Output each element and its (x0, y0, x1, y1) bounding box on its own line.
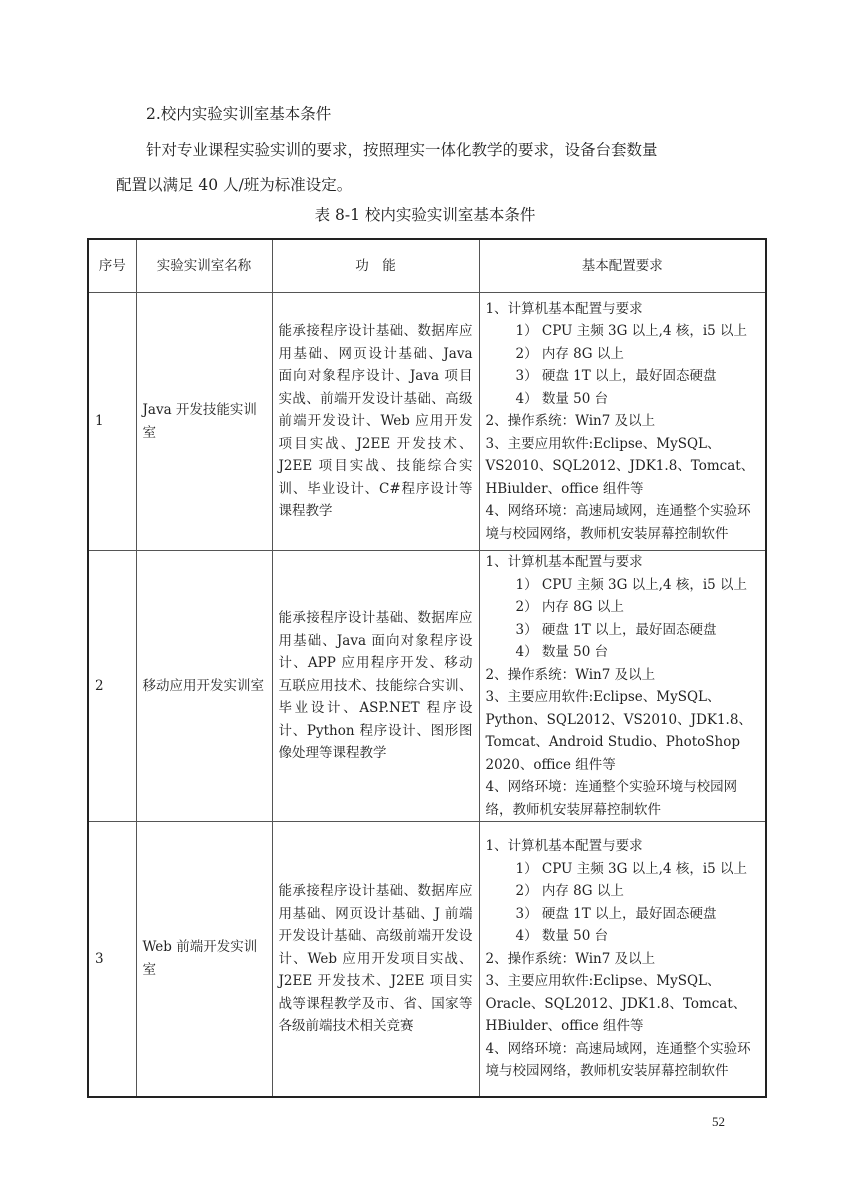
row-number: 3 (88, 822, 136, 1097)
row-number: 2 (88, 551, 136, 822)
lab-requirements: 1、计算机基本配置与要求 1） CPU 主频 3G 以上,4 核，i5 以上 2… (479, 822, 766, 1097)
req-hardware: 1、计算机基本配置与要求 (486, 835, 760, 858)
lab-name: 移动应用开发实训室 (136, 551, 272, 822)
req-network: 4、网络环境：高速局域网，连通整个实验环境与校园网络，教师机安装屏幕控制软件 (486, 500, 760, 545)
table-row: 3 Web 前端开发实训室 能承接程序设计基础、数据库应用基础、网页设计基础、J… (88, 822, 766, 1097)
req-disk: 3） 硬盘 1T 以上，最好固态硬盘 (486, 903, 760, 926)
table-row: 1 Java 开发技能实训室 能承接程序设计基础、数据库应用基础、网页设计基础、… (88, 293, 766, 551)
table-header-row: 序号 实验实训室名称 功 能 基本配置要求 (88, 239, 766, 293)
header-lab-name: 实验实训室名称 (136, 239, 272, 293)
lab-requirements: 1、计算机基本配置与要求 1） CPU 主频 3G 以上,4 核，i5 以上 2… (479, 293, 766, 551)
req-software: 3、主要应用软件:Eclipse、MySQL、Oracle、SQL2012、JD… (486, 970, 760, 1038)
req-cpu: 1） CPU 主频 3G 以上,4 核，i5 以上 (486, 858, 760, 881)
lab-requirements: 1、计算机基本配置与要求 1） CPU 主频 3G 以上,4 核，i5 以上 2… (479, 551, 766, 822)
req-quantity: 4） 数量 50 台 (486, 388, 760, 411)
lab-function: 能承接程序设计基础、数据库应用基础、网页设计基础、J 前端开发设计基础、高级前端… (272, 822, 479, 1097)
req-software: 3、主要应用软件:Eclipse、MySQL、Python、SQL2012、VS… (486, 686, 760, 776)
lab-conditions-table: 序号 实验实训室名称 功 能 基本配置要求 1 Java 开发技能实训室 能承接… (87, 238, 767, 1098)
req-software: 3、主要应用软件:Eclipse、MySQL、VS2010、SQL2012、JD… (486, 433, 760, 501)
body-paragraph-line-2: 配置以满足 40 人/班为标准设定。 (116, 175, 352, 195)
req-memory: 2） 内存 8G 以上 (486, 880, 760, 903)
req-network: 4、网络环境：高速局域网，连通整个实验环境与校园网络，教师机安装屏幕控制软件 (486, 1038, 760, 1083)
req-cpu: 1） CPU 主频 3G 以上,4 核，i5 以上 (486, 320, 760, 343)
lab-name: Web 前端开发实训室 (136, 822, 272, 1097)
body-paragraph-line-1: 针对专业课程实验实训的要求，按照理实一体化教学的要求，设备台套数量 (146, 140, 658, 160)
req-memory: 2） 内存 8G 以上 (486, 596, 760, 619)
req-os: 2、操作系统：Win7 及以上 (486, 410, 760, 433)
req-hardware: 1、计算机基本配置与要求 (486, 551, 760, 574)
header-function: 功 能 (272, 239, 479, 293)
page-number: 52 (712, 1114, 725, 1130)
table-caption: 表 8-1 校内实验实训室基本条件 (0, 205, 850, 225)
lab-function: 能承接程序设计基础、数据库应用基础、Java 面向对象程序设计、APP 应用程序… (272, 551, 479, 822)
row-number: 1 (88, 293, 136, 551)
lab-function: 能承接程序设计基础、数据库应用基础、网页设计基础、Java 面向对象程序设计、J… (272, 293, 479, 551)
req-network: 4、网络环境：连通整个实验环境与校园网络，教师机安装屏幕控制软件 (486, 776, 760, 821)
table-row: 2 移动应用开发实训室 能承接程序设计基础、数据库应用基础、Java 面向对象程… (88, 551, 766, 822)
req-quantity: 4） 数量 50 台 (486, 641, 760, 664)
req-hardware: 1、计算机基本配置与要求 (486, 298, 760, 321)
req-quantity: 4） 数量 50 台 (486, 925, 760, 948)
req-memory: 2） 内存 8G 以上 (486, 343, 760, 366)
section-heading: 2.校内实验实训室基本条件 (146, 104, 331, 124)
req-disk: 3） 硬盘 1T 以上，最好固态硬盘 (486, 365, 760, 388)
lab-name: Java 开发技能实训室 (136, 293, 272, 551)
req-disk: 3） 硬盘 1T 以上，最好固态硬盘 (486, 619, 760, 642)
req-cpu: 1） CPU 主频 3G 以上,4 核，i5 以上 (486, 574, 760, 597)
header-requirements: 基本配置要求 (479, 239, 766, 293)
header-no: 序号 (88, 239, 136, 293)
req-os: 2、操作系统：Win7 及以上 (486, 664, 760, 687)
req-os: 2、操作系统：Win7 及以上 (486, 948, 760, 971)
